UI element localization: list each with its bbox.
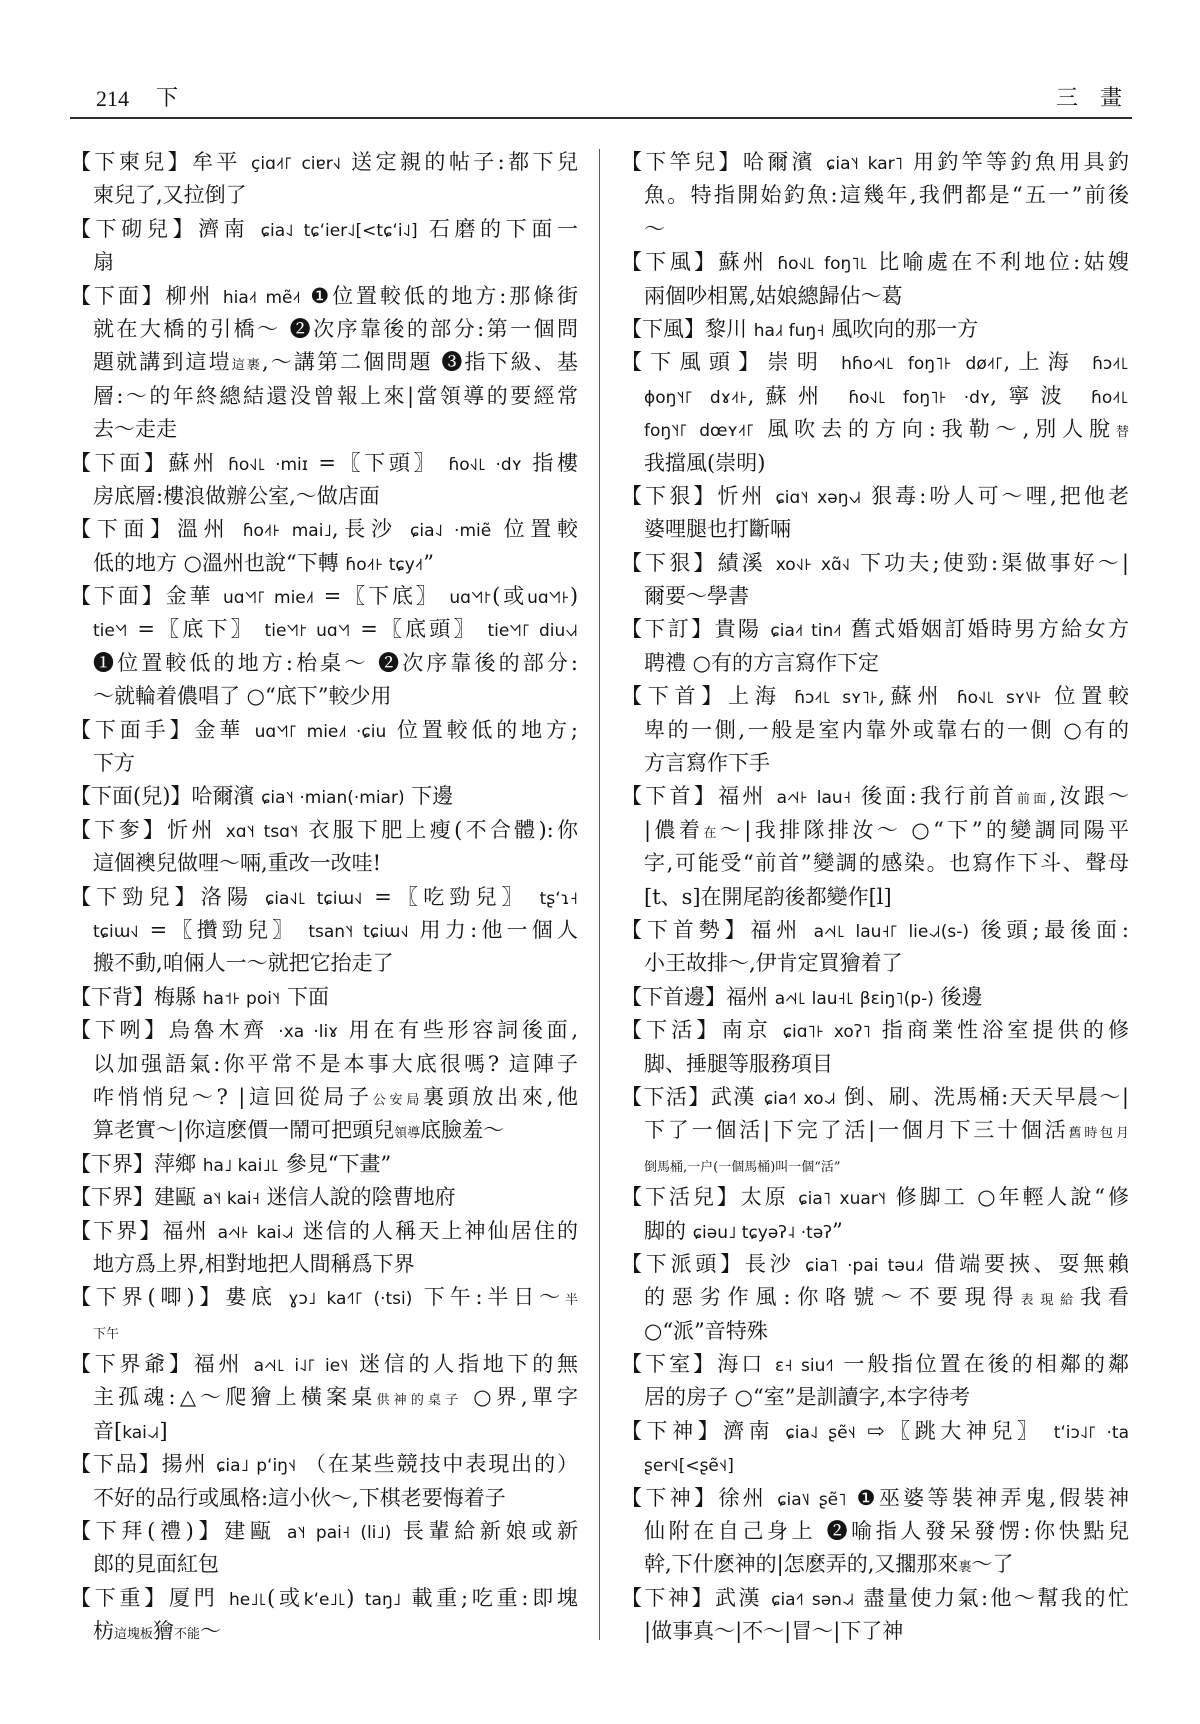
entry-first-line: 【下風頭】崇明 hɦo˨˦˨꜖ foŋ˥꜔ dø˨˦꜒,上海 ɦɔ˨˦꜖	[621, 346, 1129, 379]
dialect-location: 梅縣	[154, 985, 203, 1009]
phonetic-transcription: ɕia˨˩ ·miẽ	[410, 521, 491, 541]
dialect-location: 黎川	[705, 317, 754, 341]
entry-continuation-line: 魚。特指開始釣魚:這幾年,我們都是“五一”前後	[621, 179, 1129, 212]
entry-headword: 【下首】	[621, 684, 728, 708]
entry-first-line: 【下面手】金華 uɑ˥˧˥꜒ mie˩˦ ·ɕiu 位置較低的地方;	[70, 714, 578, 747]
entry-first-line: 【下風】黎川 ha˩˧ fuŋ˧ 風吹向的那一方	[621, 313, 1129, 346]
dialect-location: 哈爾濱	[191, 784, 261, 808]
definition-text: 底臉羞～	[420, 1118, 504, 1142]
definition-text: 長輩給新娘或新	[391, 1519, 578, 1543]
entry-continuation-line: 層:～的年終總結還没曾報上來|當領導的要經常	[70, 380, 578, 413]
small-gloss-note: 倒馬桶,一户(一個馬桶)叫一個“活”	[644, 1160, 841, 1175]
phonetic-transcription: xo˧˩꜔ xɑ̃˧˩	[776, 555, 851, 575]
phonetic-transcription: hia˨˦ mẽ˨˦	[223, 288, 301, 308]
entry-headword: 【下風頭】	[621, 350, 768, 374]
definition-text: ,長沙	[332, 517, 410, 541]
phonetic-transcription: kai˨˩˧	[122, 1423, 159, 1443]
definition-text: 聘禮 ○有的方言寫作下定	[644, 651, 879, 675]
dialect-location: 福州	[718, 784, 776, 808]
entry-first-line: 【下面】溫州 ɦo˨˦꜔ mai˩,長沙 ɕia˨˩ ·miẽ 位置較	[70, 513, 578, 546]
entry-continuation-line: |做事真～|不～|冒～|下了神	[621, 1615, 1129, 1648]
entry-continuation-line: 主孤魂:△～爬獪上橫案桌供神的桌子 ○界,單字	[70, 1381, 578, 1414]
entry-headword: 【下奓】	[70, 818, 167, 842]
phonetic-transcription: ɕia˥ xuar˥˧	[798, 1189, 886, 1209]
phonetic-transcription: kʻe˩꜖	[304, 1590, 346, 1610]
dialect-location: 萍鄉	[154, 1152, 203, 1176]
entry-continuation-line: 兩個吵相罵,姑娘總歸佔～葛	[621, 280, 1129, 313]
entry-first-line: 【下竿兒】哈爾濱 ɕia˥˧ kar˥ 用釣竿等釣魚用具釣	[621, 146, 1129, 179]
entry-first-line: 【下首】福州 a˨˦˨꜔ lau˧ 後面:我行前首前面,汝跟～	[621, 780, 1129, 813]
small-gloss-note: 表現給	[1020, 1293, 1080, 1308]
dialect-location: 太原	[741, 1185, 799, 1209]
entry-headword: 【下背】	[70, 985, 154, 1009]
entry-continuation-line: foŋ˥˧꜒ dœʏ˨˦꜒ 風吹去的方向:我勒～,別人脫替	[621, 413, 1129, 446]
phonetic-transcription: ha˩˧ fuŋ˧	[754, 321, 825, 341]
small-gloss-note: 替	[1116, 425, 1129, 440]
entry-continuation-line: 倒馬桶,一户(一個馬桶)叫一個“活”	[621, 1148, 1129, 1181]
entry-headword: 【下面】	[70, 451, 169, 475]
definition-text: 裏頭放出來,他	[423, 1085, 578, 1109]
entry-continuation-line: 幹,下什麽神的|怎麽弄的,又擱那來裹～了	[621, 1548, 1129, 1581]
dialect-location: 福州	[726, 985, 775, 1009]
definition-text: 我擋風(崇明)	[644, 451, 765, 475]
entry-first-line: 【下狠】績溪 xo˧˩꜔ xɑ̃˧˩ 下功夫;使勁:渠做事好～|	[621, 547, 1129, 580]
phonetic-transcription: ɕiɑ˥˧ xəŋ˧˩˧	[775, 488, 861, 508]
entry-continuation-line: [t、s]在開尾韵後都變作[l]	[621, 881, 1129, 914]
entry-first-line: 【下面(兒)】哈爾濱 ɕia˥˧ ·mian(·miar) 下邊	[70, 780, 578, 813]
entry-first-line: 【下面】柳州 hia˨˦ mẽ˨˦ ❶位置較低的地方:那條街	[70, 280, 578, 313]
definition-text: 位置較低的地方;	[386, 718, 578, 742]
entry-headword: 【下神】	[621, 1586, 715, 1610]
entry-first-line: 【下神】武漢 ɕia˧˥ sən˨˩˧ 盡量使力氣:他～幫我的忙	[621, 1582, 1129, 1615]
phonetic-transcription: ɦɔ˨˦꜖	[1092, 354, 1129, 374]
entry-continuation-line: 搬不動,咱倆人一～就把它抬走了	[70, 947, 578, 980]
phonetic-transcription: ɦo˧˩꜖ foŋ˥꜖	[777, 254, 868, 274]
definition-text: 衣服下肥上瘦(不合體):你	[298, 818, 578, 842]
phonetic-transcription: uɑ˥˧˥꜒ mie˩˦ ·ɕiu	[255, 722, 387, 742]
entry-continuation-line: 居的房子 ○“室”是訓讀字,本字待考	[621, 1381, 1129, 1414]
phonetic-transcription: ɕiɑ˥꜔ xoʔ˥	[783, 1022, 871, 1042]
definition-text: 下功夫;使勁:渠做事好～|	[850, 551, 1129, 575]
definition-text: 狠毒:吩人可～哩,把他老	[861, 484, 1129, 508]
definition-text: 風吹向的那一方	[825, 317, 979, 341]
entry-continuation-line: 脚的 ɕiəu˩ tɕyəʔ˨ ·təʔ”	[621, 1215, 1129, 1248]
entry-headword: 【下風】	[621, 250, 719, 274]
entry-continuation-line: 爾要～學書	[621, 580, 1129, 613]
entry-continuation-line: 這個襖兒做哩～啢,重改一改哇!	[70, 847, 578, 880]
phonetic-transcription: ha˩ kai˩꜖	[203, 1156, 279, 1176]
phonetic-transcription: ɕiəu˩ tɕyəʔ˨ ·təʔ	[693, 1223, 832, 1243]
phonetic-transcription: tie˥˧˥	[93, 621, 128, 641]
definition-text: [t、s]在開尾韵後都變作[l]	[644, 885, 892, 909]
phonetic-transcription: a˨˦˨꜔ kai˨˩˧	[218, 1223, 294, 1243]
definition-text: 的惡劣作風:你咯號～不要現得	[644, 1285, 1020, 1309]
dialect-location: 忻州	[717, 484, 775, 508]
definition-text: 婆哩腿也打斷啢	[644, 517, 791, 541]
dialect-location: 武漢	[711, 1085, 764, 1109]
entry-headword: 【下風】	[621, 317, 705, 341]
definition-text: ○“派”音特殊	[644, 1319, 768, 1343]
definition-text: ,寧波	[990, 384, 1091, 408]
phonetic-transcription: ɦo˨˦꜔ tɕy˨˦	[345, 555, 423, 575]
definition-text: 舊式婚姻訂婚時男方給女方	[842, 617, 1129, 641]
entry-continuation-line: 下了一個活|下完了活|一個月下三十個活舊時包月	[621, 1114, 1129, 1147]
definition-text: )	[570, 584, 578, 608]
definition-text: 後頭;最後面:	[969, 918, 1129, 942]
phonetic-transcription: ɦo˨˦꜔ mai˩	[243, 521, 332, 541]
entry-first-line: 【下首邊】福州 a˨˦˨꜖ lau˧꜖ βɛiŋ˥(p-) 後邊	[621, 981, 1129, 1014]
definition-text: 比喻處在不利地位:姑嫂	[868, 250, 1129, 274]
phonetic-transcription: tʻiɔ˨˩꜒ ·ta	[1054, 1423, 1129, 1443]
page-number: 214	[96, 86, 129, 112]
definition-text: 下了一個活|下完了活|一個月下三十個活	[644, 1118, 1069, 1142]
entry-headword: 【下神】	[621, 1486, 718, 1510]
entry-headword: 【下界】	[70, 1152, 154, 1176]
dialect-location: 福州	[163, 1219, 218, 1243]
entry-headword: 【下神】	[621, 1419, 723, 1443]
small-gloss-note: 下午	[93, 1327, 119, 1342]
entry-headword: 【下竿兒】	[621, 150, 743, 174]
entry-headword: 【下界】	[70, 1219, 163, 1243]
dialect-location: 洛陽	[201, 885, 265, 909]
entry-continuation-line: 方言寫作下手	[621, 747, 1129, 780]
definition-text: 下邊	[405, 784, 454, 808]
definition-text: 位置較	[491, 517, 578, 541]
entry-headword: 【下面(兒)】	[70, 784, 191, 808]
definition-text: 一般指位置在後的相鄰的鄰	[834, 1352, 1129, 1376]
definition-text: ～	[644, 217, 665, 241]
definition-text: =〖吃勁兒〗	[362, 885, 539, 909]
entry-headword: 【下面】	[70, 517, 177, 541]
definition-text: ～|我排隊排汝～ ○“下”的變調同陽平	[720, 818, 1129, 842]
dialect-location: 海口	[717, 1352, 775, 1376]
entry-continuation-line: 以加强語氣:你平常不是本事大底很嗎? 這陣子	[70, 1048, 578, 1081]
definition-text: 郎的見面紅包	[93, 1552, 219, 1576]
entry-first-line: 【下品】揚州 ɕia˩ pʻiŋ˦˨ （在某些競技中表現出的）	[70, 1448, 578, 1481]
entry-first-line: 【下拜(禮)】建甌 a˥˧ pai˧ (li˩) 長輩給新娘或新	[70, 1515, 578, 1548]
entry-continuation-line: ʂer˦˨[<ʂẽ˦˨]	[621, 1448, 1129, 1481]
phonetic-transcription: a˨˦˨꜖ lau˧꜖ βɛiŋ˥(p-)	[775, 989, 934, 1009]
definition-text: 居的房子 ○“室”是訓讀字,本字待考	[644, 1385, 970, 1409]
entry-continuation-line: 題就講到這塏這裹,～講第二個問題 ❸指下級、基	[70, 346, 578, 379]
definition-text: 載重;吃重:即塊	[401, 1586, 578, 1610]
entry-first-line: 【下神】濟南 ɕia˨˩ ʂẽ˦˨ ⇨〖跳大神兒〗 tʻiɔ˨˩꜒ ·ta	[621, 1415, 1129, 1448]
definition-text: 我看	[1080, 1285, 1129, 1309]
entry-headword: 【下訂】	[621, 617, 715, 641]
dialect-location: 福州	[750, 918, 813, 942]
entry-headword: 【下砌兒】	[70, 217, 198, 241]
definition-text: 去～走走	[93, 417, 177, 441]
definition-text: 參見“下畫”	[279, 1152, 391, 1176]
definition-text: 下午:半日～	[412, 1285, 565, 1309]
definition-text: (或	[267, 1586, 304, 1610]
definition-text: ,汝跟～	[1050, 784, 1129, 808]
entry-continuation-line: 仙附在自己身上 ❷喻指人發呆發愣:你快點兒	[621, 1515, 1129, 1548]
entry-first-line: 【下界】福州 a˨˦˨꜔ kai˨˩˧ 迷信的人稱天上神仙居住的	[70, 1215, 578, 1248]
phonetic-transcription: uɑ˥˧˥꜓	[449, 588, 492, 608]
entry-continuation-line: 不好的品行或風格:這小伙～,下棋老要悔着子	[70, 1482, 578, 1515]
definition-text: =〖底頭〗	[350, 617, 487, 641]
entry-continuation-line: tie˥˧˥ =〖底下〗 tie˥˧˥꜓ uɑ˥˧˥ =〖底頭〗 tie˥˧˥꜒…	[70, 613, 578, 646]
entry-headword: 【下面】	[70, 584, 166, 608]
definition-text: ,上海	[1004, 350, 1093, 374]
entry-headword: 【下派頭】	[621, 1252, 745, 1276]
definition-text: 枋	[93, 1619, 114, 1643]
phonetic-transcription: ɕia˧˥ xo˨˩˧	[764, 1089, 836, 1109]
definition-text: 獪	[153, 1619, 174, 1643]
phonetic-transcription: ɕia˥ ·pai təu˩˧	[805, 1256, 924, 1276]
phonetic-transcription: ha˦꜔ poi˥˧	[203, 989, 281, 1009]
entry-continuation-line: ～	[621, 213, 1129, 246]
header-character: 下	[156, 86, 178, 112]
entry-continuation-line: 郎的見面紅包	[70, 1548, 578, 1581]
entry-headword: 【下面】	[70, 284, 166, 308]
entry-first-line: 【下狠】忻州 ɕiɑ˥˧ xəŋ˧˩˧ 狠毒:吩人可～哩,把他老	[621, 480, 1129, 513]
small-gloss-note: 這裹	[232, 358, 262, 373]
dialect-location: 徐州	[718, 1486, 777, 1510]
phonetic-transcription: foŋ˥˧꜒ dœʏ˨˦꜒	[644, 421, 755, 441]
definition-text: 仙附在自己身上 ❷喻指人發呆發愣:你快點兒	[644, 1519, 1129, 1543]
entry-first-line: 【下神】徐州 ɕia˥˩ ʂẽ˥ ❶巫婆等裝神弄鬼,假裝神	[621, 1482, 1129, 1515]
entry-continuation-line: |儂着在～|我排隊排汝～ ○“下”的變調同陽平	[621, 814, 1129, 847]
definition-text: 修脚工 ○年輕人說“修	[886, 1185, 1129, 1209]
definition-text: 後邊	[934, 985, 983, 1009]
entry-continuation-line: 卑的一側,一般是室内靠外或靠右的一側 ○有的	[621, 714, 1129, 747]
dialect-location: 濟南	[198, 217, 261, 241]
entry-headword: 【下柬兒】	[70, 150, 192, 174]
phonetic-transcription: ɕia˨˦ tin˨˦	[770, 621, 841, 641]
entry-continuation-line: 就在大橋的引橋～ ❷次序靠後的部分:第一個問	[70, 313, 578, 346]
entry-first-line: 【下咧】烏魯木齊 ·xa ·liɤ 用在有些形容詞後面,	[70, 1014, 578, 1047]
definition-text: ]	[159, 1419, 167, 1443]
definition-text: （在某些競技中表現出的）	[296, 1452, 578, 1476]
entry-continuation-line: 柬兒了,又拉倒了	[70, 179, 578, 212]
dialect-location: 濟南	[723, 1419, 785, 1443]
entry-first-line: 【下背】梅縣 ha˦꜔ poi˥˧ 下面	[70, 981, 578, 1014]
entry-headword: 【下重】	[70, 1586, 169, 1610]
definition-text: 脚的	[644, 1219, 693, 1243]
entry-headword: 【下首】	[621, 784, 718, 808]
entry-headword: 【下拜(禮)】	[70, 1519, 224, 1543]
definition-text: 這個襖兒做哩～啢,重改一改哇!	[93, 851, 381, 875]
entry-first-line: 【下面】金華 uɑ˥˧˥꜒ mie˩˦ =〖下底〗 uɑ˥˧˥꜓(或uɑ˥˧˥꜔…	[70, 580, 578, 613]
definition-text: =〖下底〗	[314, 584, 449, 608]
entry-continuation-line: 下方	[70, 747, 578, 780]
phonetic-transcription: ɕia˧˩꜖ tɕiɯ˧˩	[265, 889, 363, 909]
dialect-location: 揚州	[162, 1452, 216, 1476]
dialect-location: 蘇州	[719, 250, 778, 274]
definition-text: 搬不動,咱倆人一～就把它抬走了	[93, 951, 394, 975]
entry-headword: 【下咧】	[70, 1018, 169, 1042]
small-gloss-note: 舊時包月	[1069, 1126, 1129, 1141]
entry-continuation-line: 我擋風(崇明)	[621, 447, 1129, 480]
entry-continuation-line: ○“派”音特殊	[621, 1315, 1129, 1348]
phonetic-transcription: taŋ˩	[365, 1590, 401, 1610]
entry-first-line: 【下勁兒】洛陽 ɕia˧˩꜖ tɕiɯ˧˩ =〖吃勁兒〗 tʂʻɿ˧	[70, 881, 578, 914]
definition-text: )	[346, 1586, 365, 1610]
dialect-location: 建甌	[224, 1519, 287, 1543]
definition-text: (或	[492, 584, 527, 608]
dialect-location: 建甌	[154, 1185, 203, 1209]
definition-text: 石磨的下面一	[418, 217, 578, 241]
definition-text: 卑的一側,一般是室内靠外或靠右的一側 ○有的	[644, 718, 1129, 742]
entry-first-line: 【下奓】忻州 xɑ˥˧ tsɑ˥˧ 衣服下肥上瘦(不合體):你	[70, 814, 578, 847]
header-rule	[70, 117, 1132, 119]
definition-text: 下方	[93, 751, 135, 775]
definition-text: ～	[200, 1619, 221, 1643]
entry-headword: 【下面手】	[70, 718, 194, 742]
definition-text: ,蘇州	[878, 684, 957, 708]
definition-text: 低的地方 ○溫州也說“下轉	[93, 551, 345, 575]
phonetic-transcription: tsan˥˧ tɕiɯ˧˩	[308, 922, 408, 942]
phonetic-transcription: ɦo˧˩꜖ ·miɪ	[228, 455, 308, 475]
definition-text: 主孤魂:△～爬獪上橫案桌	[93, 1385, 376, 1409]
entry-continuation-line: 房底層:樓浪做辦公室,～做店面	[70, 480, 578, 513]
definition-text: 題就講到這塏	[93, 350, 232, 374]
dialect-location: 牟平	[192, 150, 251, 174]
definition-text: 算老實～|你這麽價一鬧可把頭兒	[93, 1118, 394, 1142]
entry-first-line: 【下活】南京 ɕiɑ˥꜔ xoʔ˥ 指商業性浴室提供的修	[621, 1014, 1129, 1047]
dialect-location: 柳州	[166, 284, 223, 308]
entry-headword: 【下品】	[70, 1452, 162, 1476]
phonetic-transcription: ɕia˥˧ ·mian(·miar)	[261, 788, 405, 808]
small-gloss-note: 裹	[958, 1560, 971, 1575]
small-gloss-note: 半	[565, 1293, 578, 1308]
definition-text: 指商業性浴室提供的修	[871, 1018, 1129, 1042]
dialect-location: 崇明	[768, 350, 842, 374]
entry-headword: 【下首勢】	[621, 918, 750, 942]
definition-text: 用釣竿等釣魚用具釣	[903, 150, 1129, 174]
definition-text: ”	[423, 551, 434, 575]
definition-text: 爾要～學書	[644, 584, 749, 608]
definition-text: 脚、捶腿等服務項目	[644, 1052, 833, 1076]
entry-first-line: 【下首】上海 ɦɔ˨˦꜖ sʏ˥꜔,蘇州 ɦo˧˩꜖ sʏ˥˩꜔ 位置較	[621, 680, 1129, 713]
entry-continuation-line: 咋悄悄兒～? |這回從局子公安局裏頭放出來,他	[70, 1081, 578, 1114]
phonetic-transcription: a˨˦˨꜖ lau˧꜒ lie˨˩˧(s-)	[814, 922, 969, 942]
definition-text: 後面:我行前首	[851, 784, 1017, 808]
definition-text: 倒、刷、洗馬桶:天天早晨～|	[836, 1085, 1129, 1109]
definition-text: 不好的品行或風格:這小伙～,下棋老要悔着子	[93, 1486, 506, 1510]
phonetic-transcription: çiɑ˨˦꜒ ciɐr˧˩	[251, 154, 341, 174]
entry-headword: 【下勁兒】	[70, 885, 201, 909]
phonetic-transcription: xɑ˥˧ tsɑ˥˧	[226, 822, 299, 842]
entry-continuation-line: 脚、捶腿等服務項目	[621, 1048, 1129, 1081]
entry-headword: 【下室】	[621, 1352, 717, 1376]
phonetic-transcription: ·xa ·liɤ	[278, 1022, 338, 1042]
definition-text: 迷信的人指地下的無	[349, 1352, 578, 1376]
stroke-section-label: 三 畫	[1056, 86, 1122, 112]
definition-text: =〖底下〗	[128, 617, 265, 641]
entry-continuation-line: 聘禮 ○有的方言寫作下定	[621, 647, 1129, 680]
right-column: 【下竿兒】哈爾濱 ɕia˥˧ kar˥ 用釣竿等釣魚用具釣魚。特指開始釣魚:這幾…	[621, 146, 1129, 1649]
entry-first-line: 【下界】萍鄉 ha˩ kai˩꜖ 參見“下畫”	[70, 1148, 578, 1181]
entry-first-line: 【下重】厦門 he˩꜖(或kʻe˩꜖) taŋ˩ 載重;吃重:即塊	[70, 1582, 578, 1615]
dialect-location: 績溪	[718, 551, 776, 575]
phonetic-transcription: tʂʻɿ˧	[540, 889, 578, 909]
definition-text: 送定親的帖子:都下兒	[341, 150, 578, 174]
definition-text: 咋悄悄兒～? |這回從局子	[93, 1085, 373, 1109]
entry-continuation-line: 字,可能受“前首”變調的感染。也寫作下斗、聲母	[621, 847, 1129, 880]
entry-continuation-line: 算老實～|你這麽價一鬧可把頭兒領導底臉羞～	[70, 1114, 578, 1147]
entry-continuation-line: 下午	[70, 1315, 578, 1348]
definition-text: =〖下頭〗	[308, 451, 448, 475]
entry-first-line: 【下活兒】太原 ɕia˥ xuar˥˧ 修脚工 ○年輕人說“修	[621, 1181, 1129, 1214]
definition-text: 地方爲上界,相對地把人間稱爲下界	[93, 1252, 415, 1276]
definition-text: ,～講第二個問題 ❸指下級、基	[262, 350, 578, 374]
definition-text: 房底層:樓浪做辦公室,～做店面	[93, 484, 380, 508]
phonetic-transcription: tie˥˧˥꜒ diu˧˩˧	[487, 621, 578, 641]
entry-first-line: 【下界】建甌 a˥˧ kai˧ 迷信人說的陰曹地府	[70, 1181, 578, 1214]
definition-text: ❶位置較低的地方:那條街	[301, 284, 578, 308]
small-gloss-note: 領導	[394, 1126, 420, 1141]
entry-first-line: 【下派頭】長沙 ɕia˥ ·pai təu˩˧ 借端要挾、耍無賴	[621, 1248, 1129, 1281]
phonetic-transcription: a˥˧ pai˧ (li˩)	[287, 1523, 391, 1543]
definition-text: ❶巫婆等裝神弄鬼,假裝神	[847, 1486, 1129, 1510]
phonetic-transcription: he˩꜖	[229, 1590, 267, 1610]
phonetic-transcription: ɦo˧˩꜖ ·dʏ	[448, 455, 522, 475]
entry-continuation-line: 的惡劣作風:你咯號～不要現得表現給我看	[621, 1281, 1129, 1314]
definition-text: 就在大橋的引橋～ ❷次序靠後的部分:第一個問	[93, 317, 578, 341]
entry-first-line: 【下砌兒】濟南 ɕia˨˩ tɕʻier˨˩[<tɕʻi˨˩] 石磨的下面一	[70, 213, 578, 246]
phonetic-transcription: ɕia˩ pʻiŋ˦˨	[216, 1456, 296, 1476]
definition-text: 字,可能受“前首”變調的感染。也寫作下斗、聲母	[644, 851, 1129, 875]
definition-text: ～了	[971, 1552, 1013, 1576]
definition-text: 小王故排～,伊肯定買獪着了	[644, 951, 903, 975]
entry-headword: 【下首邊】	[621, 985, 726, 1009]
entry-headword: 【下狠】	[621, 551, 718, 575]
definition-text: ❶位置較低的地方:枱桌～ ❷次序靠後的部分:	[93, 651, 578, 675]
entry-first-line: 【下柬兒】牟平 çiɑ˨˦꜒ ciɐr˧˩ 送定親的帖子:都下兒	[70, 146, 578, 179]
definition-text: 用在有些形容詞後面,	[338, 1018, 578, 1042]
entry-continuation-line: 去～走走	[70, 413, 578, 446]
phonetic-transcription: ɦo˧˩꜖ foŋ˥꜔ ·dʏ	[848, 388, 990, 408]
phonetic-transcription: tɕiɯ˧˩	[93, 922, 139, 942]
entry-headword: 【下活】	[621, 1018, 722, 1042]
dialect-location: 福州	[194, 1352, 254, 1376]
phonetic-transcription: hɦo˨˦˨꜖ foŋ˥꜔ dø˨˦꜒	[841, 354, 1003, 374]
small-gloss-note: 不能	[174, 1627, 200, 1642]
dialect-location: 長沙	[745, 1252, 805, 1276]
definition-text: 兩個吵相罵,姑娘總歸佔～葛	[644, 284, 903, 308]
definition-text: ⇨〖跳大神兒〗	[856, 1419, 1054, 1443]
definition-text: 幹,下什麽神的|怎麽弄的,又擱那來	[644, 1552, 958, 1576]
definition-text: 盡量使力氣:他～幫我的忙	[854, 1586, 1129, 1610]
small-gloss-note: 在	[703, 826, 719, 841]
entry-first-line: 【下界(唧)】婁底 ɣɔ˩ ka˧˥꜒ (·tsi) 下午:半日～半	[70, 1281, 578, 1314]
definition-text: =〖攢勁兒〗	[139, 918, 309, 942]
entry-continuation-line: 地方爲上界,相對地把人間稱爲下界	[70, 1248, 578, 1281]
dialect-location: 南京	[722, 1018, 783, 1042]
phonetic-transcription: ɣɔ˩ ka˧˥꜒ (·tsi)	[288, 1289, 412, 1309]
definition-text: 層:～的年終總結還没曾報上來|當領導的要經常	[93, 384, 578, 408]
entry-headword: 【下活兒】	[621, 1185, 741, 1209]
definition-text: 柬兒了,又拉倒了	[93, 183, 247, 207]
dialect-location: 貴陽	[715, 617, 771, 641]
entry-continuation-line: 低的地方 ○溫州也說“下轉 ɦo˨˦꜔ tɕy˨˦”	[70, 547, 578, 580]
entry-headword: 【下界爺】	[70, 1352, 194, 1376]
entry-continuation-line: 扇	[70, 246, 578, 279]
entry-continuation-line: ～就輪着儂唱了 ○“底下”較少用	[70, 680, 578, 713]
definition-text: ○界,單字	[462, 1385, 578, 1409]
entry-first-line: 【下風】蘇州 ɦo˧˩꜖ foŋ˥꜖ 比喻處在不利地位:姑嫂	[621, 246, 1129, 279]
definition-text: 方言寫作下手	[644, 751, 770, 775]
entry-first-line: 【下訂】貴陽 ɕia˨˦ tin˨˦ 舊式婚姻訂婚時男方給女方	[621, 613, 1129, 646]
dialect-location: 上海	[728, 684, 794, 708]
entry-continuation-line: 婆哩腿也打斷啢	[621, 513, 1129, 546]
dialect-location: 溫州	[177, 517, 243, 541]
small-gloss-note: 前面	[1017, 792, 1050, 807]
dialect-location: 金華	[194, 718, 254, 742]
